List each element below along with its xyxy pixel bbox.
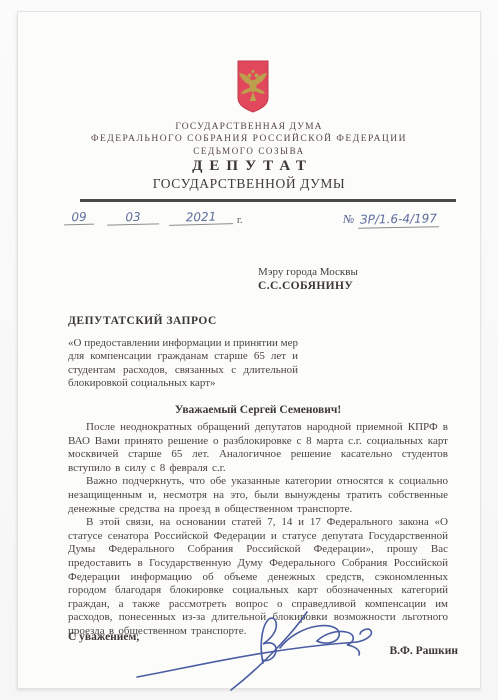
recipient-block: Мэру города Москвы С.С.СОБЯНИНУ xyxy=(258,265,438,293)
salutation: Уважаемый Сергей Семенович! xyxy=(68,404,448,416)
recipient-title: Мэру города Москвы xyxy=(258,265,438,279)
number-sign: № xyxy=(343,212,354,226)
date-day-field: 09 xyxy=(64,210,94,226)
org-name-line2: ФЕДЕРАЛЬНОГО СОБРАНИЯ РОССИЙСКОЙ ФЕДЕРАЦ… xyxy=(18,134,480,144)
date-month-field: 03 xyxy=(107,209,159,225)
signer-name: В.Ф. Рашкин xyxy=(358,645,458,657)
org-name-line1: ГОСУДАРСТВЕННАЯ ДУМА xyxy=(18,122,480,132)
org-name-line3: СЕДЬМОГО СОЗЫВА xyxy=(18,146,480,156)
date-year-field: 2021 xyxy=(169,209,233,226)
letterhead-divider xyxy=(80,199,456,202)
deputy-title-line2: ГОСУДАРСТВЕННОЙ ДУМЫ xyxy=(18,176,480,192)
number-value: ЗР/1.6-4/197 xyxy=(358,211,439,228)
outgoing-number: № ЗР/1.6-4/197 xyxy=(343,210,461,228)
reference-row: 09 03 2021 г. № ЗР/1.6-4/197 xyxy=(64,207,464,233)
body-paragraph-1: После неоднократных обращений депутатов … xyxy=(68,421,448,475)
closing-phrase: С уважением, xyxy=(68,631,139,643)
deputy-title-line1: ДЕПУТАТ xyxy=(18,158,480,175)
letter-page: ГОСУДАРСТВЕННАЯ ДУМА ФЕДЕРАЛЬНОГО СОБРАН… xyxy=(17,11,481,689)
russia-coat-of-arms-icon xyxy=(236,60,270,114)
body-paragraph-2: Важно подчеркнуть, что обе указанные кат… xyxy=(68,475,448,516)
subject-block: «О предоставлении информации и принятии … xyxy=(68,337,298,391)
handwritten-signature-icon xyxy=(133,605,383,693)
signature-strokes xyxy=(137,612,371,690)
recipient-name: С.С.СОБЯНИНУ xyxy=(258,279,438,293)
document-type-heading: ДЕПУТАТСКИЙ ЗАПРОС xyxy=(68,315,217,327)
date-year-suffix: г. xyxy=(237,215,242,226)
